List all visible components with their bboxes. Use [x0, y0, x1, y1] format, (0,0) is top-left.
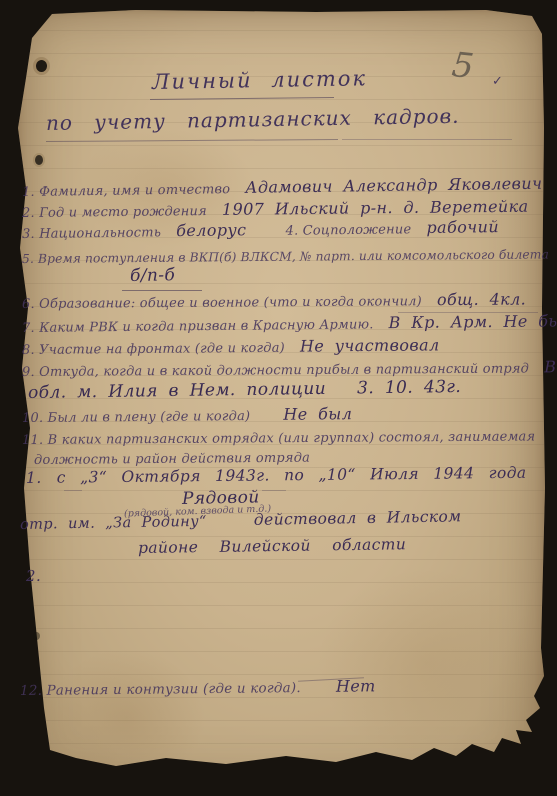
day-underline: [262, 490, 286, 491]
entry-detachment-name: отр. им. „За Родину“: [20, 514, 207, 533]
field-education-value: общ. 4кл.: [437, 289, 526, 309]
field-party-value: б/п-б: [130, 265, 176, 286]
field-birth-value: 1907 Ильский р-н. д. Веретейка: [222, 197, 529, 219]
field-name-label: 1. Фамилия, имя и отчество: [22, 182, 230, 200]
field-arrival-date: 3. 10. 43г.: [357, 377, 461, 398]
field-draft-value: В Кр. Арм. Не был: [389, 311, 557, 332]
field-party-answer: б/п-б: [130, 265, 176, 286]
field-arrival-value: Вилейская: [544, 357, 557, 377]
punch-hole: [33, 632, 40, 640]
page-number: 5: [450, 45, 476, 87]
field-fronts-value: Не участвовал: [300, 335, 440, 355]
field-arrival-row: 9. Откуда, когда и в какой должности при…: [22, 357, 557, 380]
subtitle-underline-ext: [342, 139, 512, 140]
field-detachments-label1: 11. В каких партизанских отрядах (или гр…: [22, 425, 535, 448]
field-education-row: 6. Образование: общее и военное (что и к…: [22, 289, 526, 312]
field-captivity-label: 10. Был ли в плену (где и когда): [22, 409, 250, 426]
document-title: Личный листок: [152, 66, 367, 94]
checkmark-icon: ✓: [492, 74, 503, 89]
entry-area2-value: районе Вилейской области: [138, 535, 406, 557]
scanned-document-page: { "colors": { "ink": "#4a3a5e", "paper":…: [0, 0, 557, 796]
field-education-label: 6. Образование: общее и военное (что и к…: [22, 294, 422, 312]
entry-area: действовал в Ильском: [254, 507, 462, 529]
field-fronts-label: 8. Участие на фронтах (где и когда): [22, 341, 285, 358]
field-social-label: 4. Соцположение: [285, 222, 411, 239]
field-wounds-label: 12. Ранения и контузии (где и когда).: [20, 680, 301, 699]
field-social-value: рабочий: [426, 217, 499, 237]
field-nationality-value: белорус: [176, 220, 247, 240]
detachment-entry-area2: районе Вилейской области: [138, 534, 406, 557]
paper-stain: [46, 648, 206, 788]
punch-hole: [36, 60, 47, 72]
field-captivity-value: Не был: [283, 404, 352, 424]
day-underline: [64, 490, 82, 491]
detachment-entry-number: 1.: [26, 469, 42, 487]
field-arrival-value2: обл. м. Илия в Нем. полиции: [28, 379, 326, 403]
paper-stain: [316, 568, 536, 758]
second-entry-number: 2.: [26, 566, 41, 585]
field-nationality-label: 3. Национальность: [22, 225, 161, 242]
field-captivity-row: 10. Был ли в плену (где и когда) Не был: [22, 404, 352, 426]
field-fronts-row: 8. Участие на фронтах (где и когда) Не у…: [22, 335, 440, 358]
second-entry-number-value: 2.: [26, 567, 41, 585]
field-birth-label: 2. Год и место рождения: [22, 204, 207, 221]
punch-hole: [35, 155, 43, 165]
